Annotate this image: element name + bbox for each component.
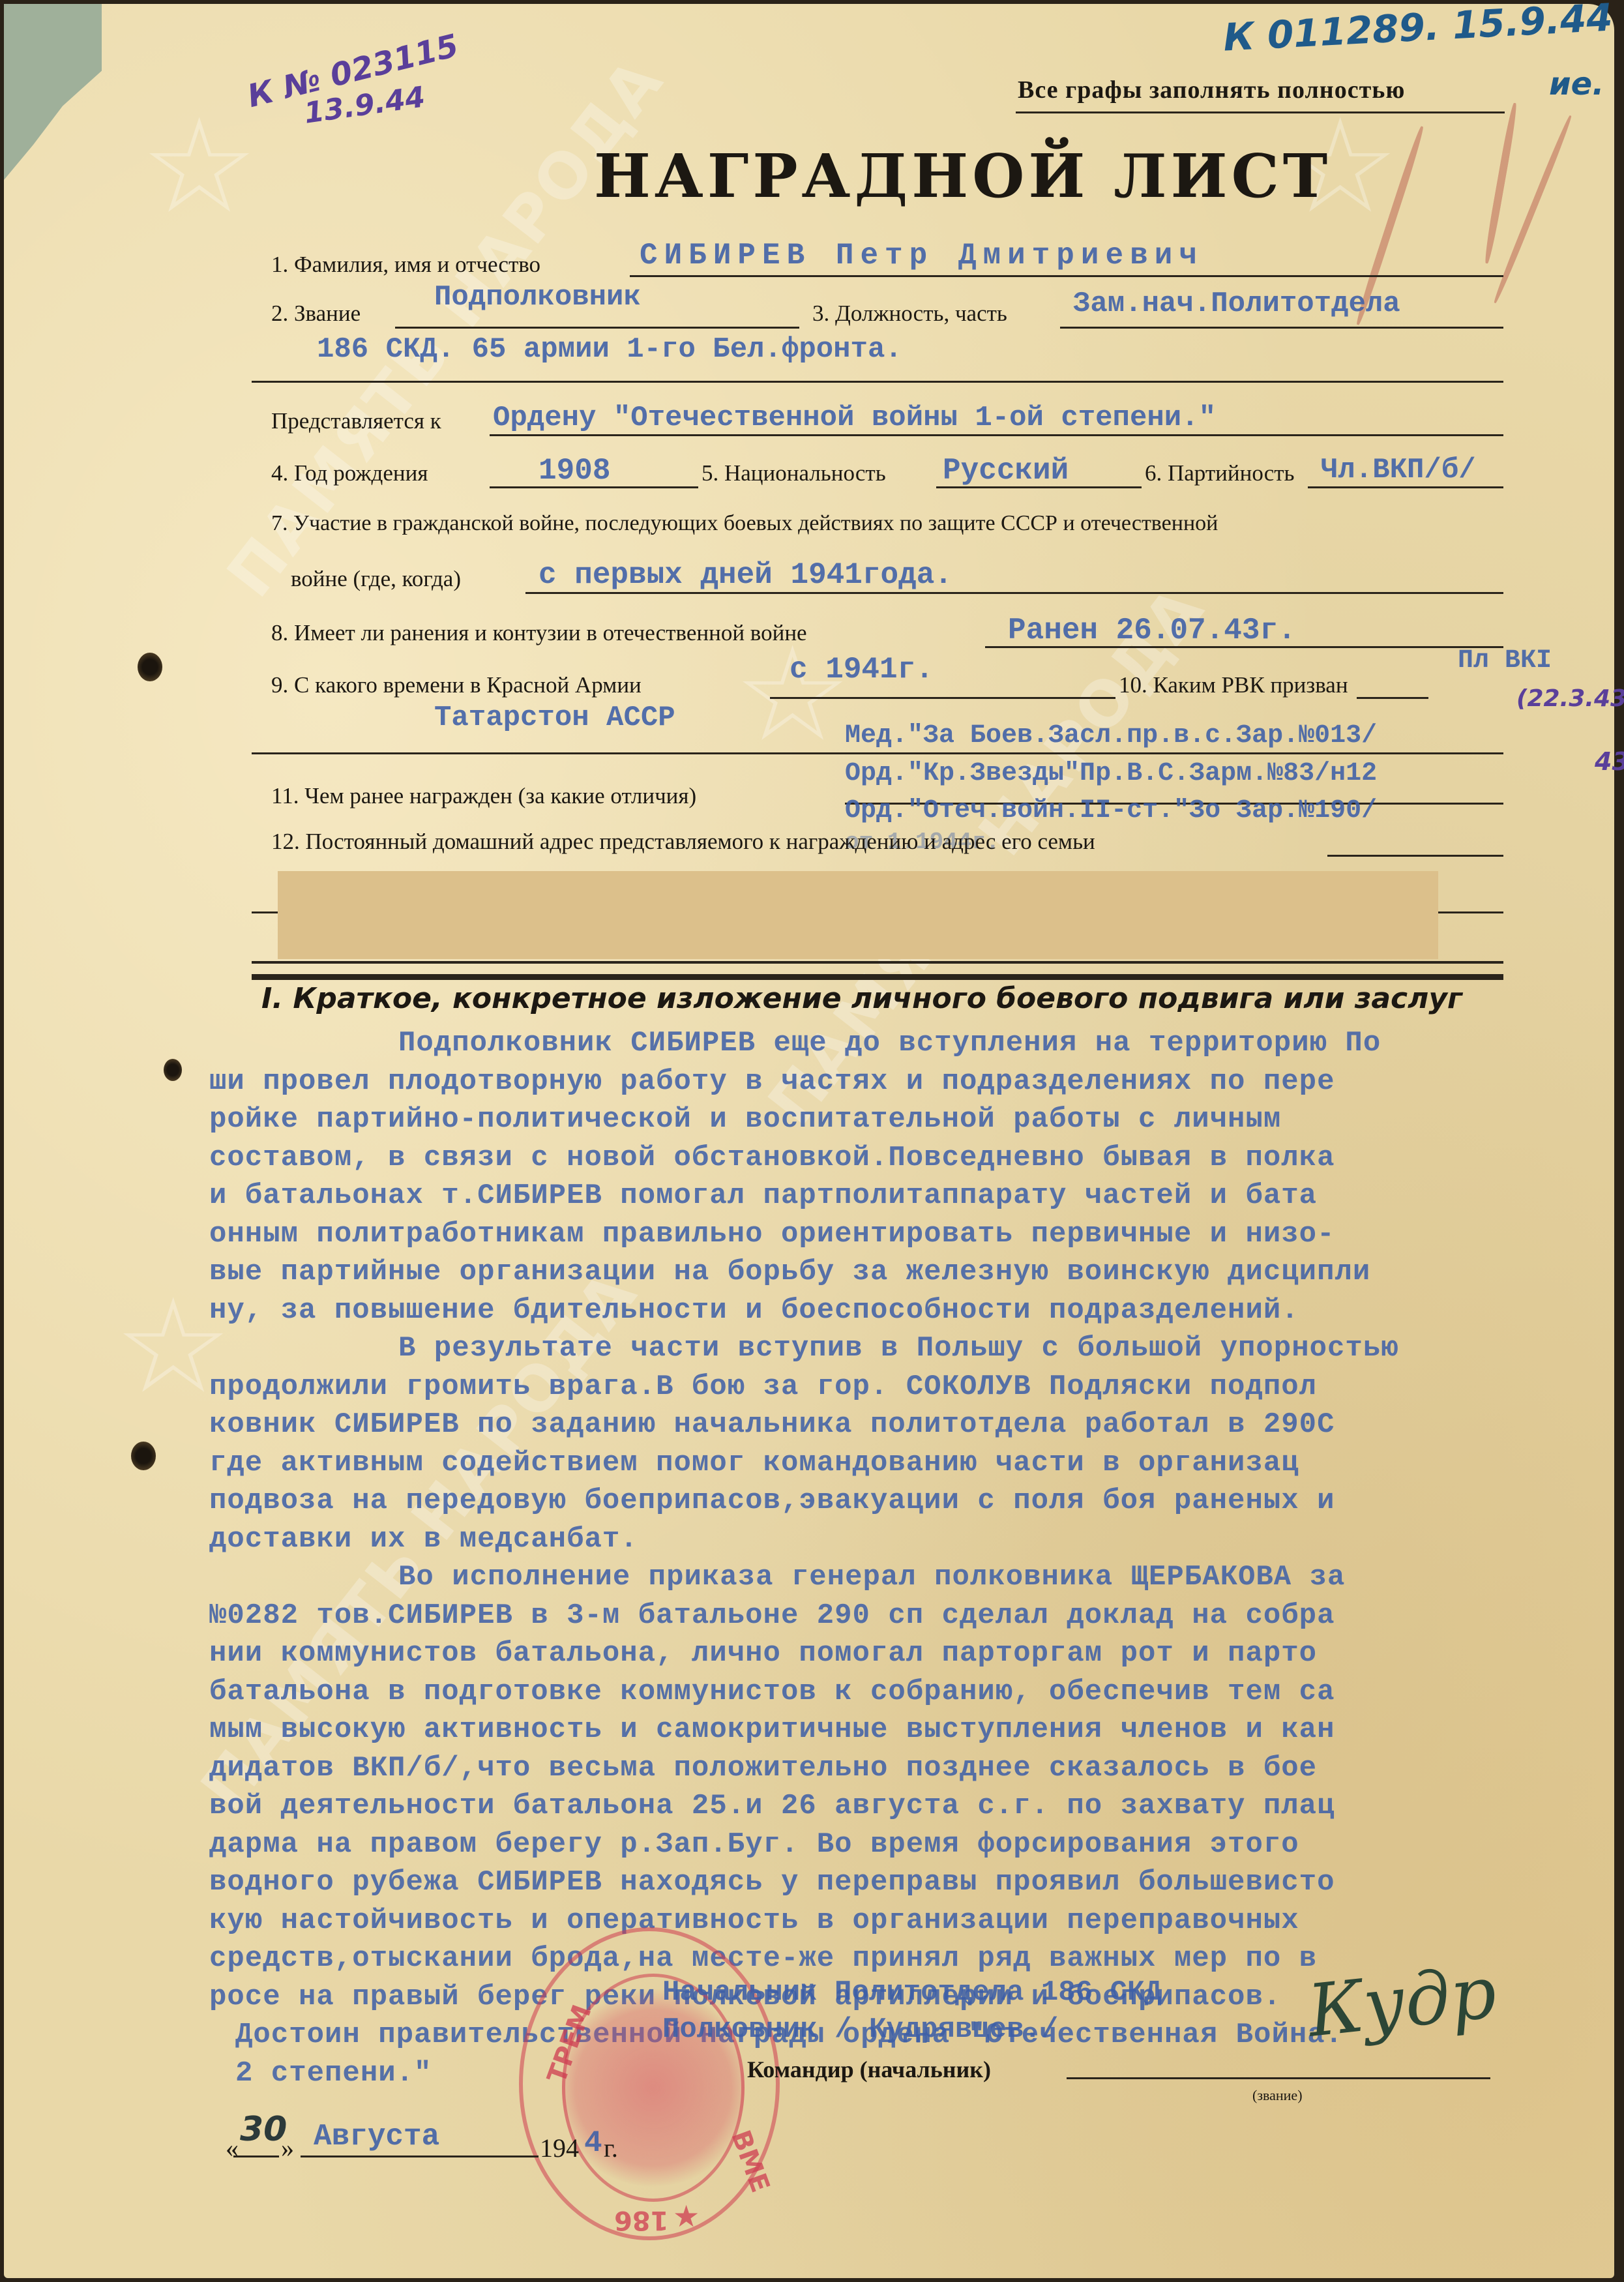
instruction-underline (1016, 111, 1505, 113)
date-month-line (301, 2156, 539, 2157)
field-5-label: 5. Национальность (701, 460, 886, 486)
seal-number: 186 (614, 2205, 669, 2235)
field-2-value: Подполковник (434, 281, 641, 314)
narrative-line: подвоза на передовую боеприпасов,эвакуац… (209, 1482, 1591, 1520)
narrative-line: Во исполнение приказа генерал полковника… (209, 1558, 1591, 1597)
watermark-star-icon: ☆ (141, 102, 258, 232)
field-6-value: Чл.ВКП/б/ (1321, 454, 1476, 486)
date-day-line (233, 2156, 279, 2157)
field-9-line (770, 697, 1115, 699)
margin-year-annotation: 43 (1595, 747, 1624, 776)
rank-caption: (звание) (1252, 2087, 1303, 2104)
star-icon: ★ (673, 2199, 700, 2234)
field-1-value: СИБИРЕВ Петр Дмитриевич (640, 239, 1203, 273)
merit-narrative: Подполковник СИБИРЕВ еще до вступления н… (209, 1024, 1591, 2092)
field-2-line (395, 327, 799, 329)
award-item: Орд."Отеч.войн.II-ст."Зо Зар.№190/ (845, 796, 1377, 825)
narrative-line: В результате части вступив в Польшу с бо… (209, 1329, 1591, 1368)
punch-hole (131, 1442, 156, 1470)
field-3-value: Зам.нач.Политотдела (1073, 288, 1400, 320)
narrative-line: Подполковник СИБИРЕВ еще до вступления н… (209, 1024, 1591, 1063)
field-5-value: Русский (943, 454, 1069, 488)
field-1-line (630, 275, 1503, 277)
narrative-line: водного рубежа СИБИРЕВ находясь у перепр… (209, 1863, 1591, 1902)
nomination-label: Представляется к (271, 408, 441, 434)
field-10-label: 10. Каким РВК призван (1119, 672, 1348, 698)
narrative-line: ройке партийно-политической и воспитател… (209, 1101, 1591, 1139)
narrative-line: доставки их в медсанбат. (209, 1520, 1591, 1559)
field-4-label: 4. Год рождения (271, 460, 428, 486)
narrative-line: №0282 тов.СИБИРЕВ в 3-м батальоне 290 сп… (209, 1597, 1591, 1635)
nomination-value: Ордену "Отечественной войны 1-ой степени… (493, 402, 1216, 434)
nomination-line (490, 434, 1503, 436)
narrative-line: где активным содействием помог командова… (209, 1444, 1591, 1483)
field-12-line (1327, 855, 1503, 857)
field-12-line2 (1438, 911, 1503, 913)
margin-date-annotation: (22.3.43 (1516, 685, 1624, 712)
field-9-label: 9. С какого времени в Красной Армии (271, 672, 642, 698)
narrative-line: вые партийные организации на борьбу за ж… (209, 1253, 1591, 1292)
field-3-line2 (252, 381, 1503, 383)
initials-annotation: ие. (1549, 66, 1604, 102)
seal-text: ВМЕ (726, 2126, 776, 2196)
field-6-line (1308, 486, 1503, 488)
field-10-line2 (252, 752, 1503, 754)
signer-name: Полковник / Кудрявцев./ (662, 2013, 1058, 2046)
section-heading: I. Краткое, конкретное изложение личного… (261, 982, 1462, 1015)
field-10-value-line2: Татарстон АССР (434, 702, 675, 734)
date-year-suffix: 4 (584, 2126, 602, 2160)
narrative-line: дидатов ВКП/б/,что весьма положительно п… (209, 1749, 1591, 1788)
award-item: Орд."Кр.Звезды"Пр.В.С.Зарм.№83/н12 (845, 759, 1377, 788)
registry-number-annotation-right: К 011289. 15.9.44 (1222, 0, 1614, 60)
field-3-value-line2: 186 СКД. 65 армии 1-го Бел.фронта. (317, 333, 902, 366)
commander-signature-line (1067, 2077, 1490, 2079)
punch-hole (164, 1059, 182, 1081)
field-7-label: 7. Участие в гражданской войне, последую… (271, 511, 1218, 536)
field-3-line (1060, 327, 1503, 329)
signer-title: Начальник Политотдела 186 СКД (662, 1976, 1162, 2009)
date-day: 30 (240, 2110, 287, 2149)
field-6-label: 6. Партийность (1145, 460, 1295, 486)
field-12-label: 12. Постоянный домашний адрес представля… (271, 829, 1095, 855)
document-title: НАГРАДНОЙ ЛИСТ (594, 141, 1331, 211)
narrative-line: ну, за повышение бдительности и боеспосо… (209, 1292, 1591, 1330)
fill-instruction: Все графы заполнять полностью (1018, 76, 1405, 104)
narrative-line: ковник СИБИРЕВ по заданию начальника пол… (209, 1406, 1591, 1444)
punch-hole (138, 653, 162, 681)
torn-corner (4, 4, 102, 180)
field-11-label: 11. Чем ранее награжден (за какие отличи… (271, 783, 696, 809)
field-7-line (525, 592, 1503, 594)
redacted-address (278, 871, 1438, 959)
field-1-label: 1. Фамилия, имя и отчество (271, 252, 540, 278)
narrative-line: дарма на правом берегу р.Зап.Буг. Во вре… (209, 1826, 1591, 1864)
date-open-quote: « (226, 2133, 239, 2163)
red-pencil-mark (1483, 102, 1518, 264)
narrative-line: и батальонах т.СИБИРЕВ помогал партполит… (209, 1177, 1591, 1215)
field-8-label: 8. Имеет ли ранения и контузии в отечест… (271, 620, 807, 646)
narrative-line: вой деятельности батальона 25.и 26 авгус… (209, 1787, 1591, 1826)
field-3-label: 3. Должность, часть (812, 301, 1007, 327)
field-2-label: 2. Звание (271, 301, 361, 327)
field-8-value: Ранен 26.07.43г. (1008, 614, 1296, 647)
field-7-label-line2: войне (где, когда) (291, 566, 461, 592)
narrative-line: онным политработникам правильно ориентир… (209, 1215, 1591, 1254)
field-7-value: с первых дней 1941года. (539, 558, 952, 592)
narrative-line: нии коммунистов батальона, лично помогал… (209, 1635, 1591, 1673)
field-12-line2 (252, 911, 278, 913)
field-10-line (1357, 697, 1428, 699)
field-4-value: 1908 (539, 454, 610, 488)
date-close-quote: » (281, 2133, 294, 2163)
date-year-abbrev: г. (604, 2133, 618, 2163)
narrative-line: батальона в подготовке коммунистов к соб… (209, 1673, 1591, 1711)
award-item: Мед."За Боев.Засл.пр.в.с.Зар.№013/ (845, 721, 1377, 750)
watermark-star-icon: ☆ (734, 630, 851, 760)
date-year-prefix: 194 (540, 2133, 579, 2163)
section-divider (252, 961, 1503, 980)
narrative-line: мым высокую активность и самокритичные в… (209, 1711, 1591, 1749)
date-month: Августа (314, 2120, 439, 2154)
field-9-value: с 1941г. (790, 653, 934, 687)
narrative-line: ши провел плодотворную работу в частях и… (209, 1063, 1591, 1101)
narrative-line: продолжили громить врага.В бою за гор. С… (209, 1368, 1591, 1406)
award-sheet: ☆ ☆ ☆ ☆ ПАМЯТЬ НАРОДА ПАМЯТЬ НАРОДА ПАМЯ… (4, 4, 1614, 2278)
official-seal: ТРЕМ ВМЕ 186 ★ (519, 1927, 780, 2240)
field-10-value: Пл ВКI (1458, 646, 1552, 675)
commander-label: Командир (начальник) (747, 2056, 991, 2083)
narrative-line: кую настойчивость и оперативность в орга… (209, 1902, 1591, 1940)
narrative-line: составом, в связи с новой обстановкой.По… (209, 1139, 1591, 1178)
